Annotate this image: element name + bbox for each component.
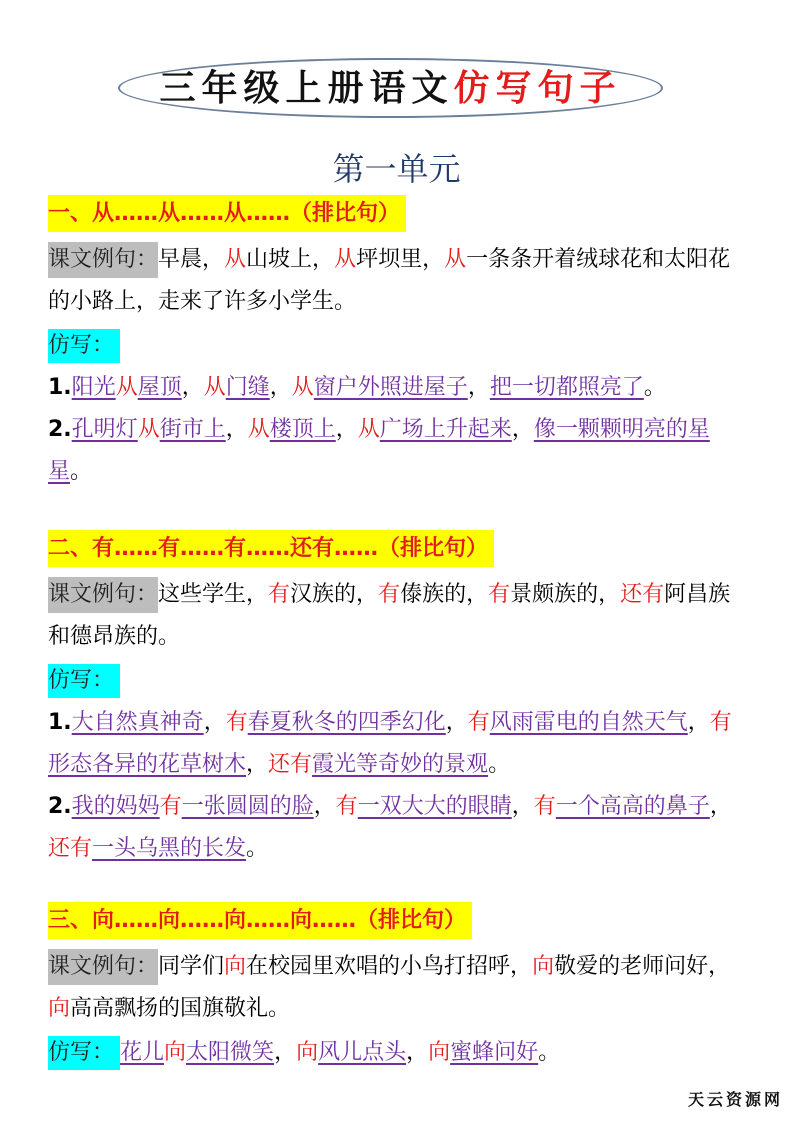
imitation-phrase: 大自然真神奇 — [72, 710, 204, 735]
watermark: 天云资源网 — [688, 1087, 783, 1110]
imitation-phrase: 一双大大的眼睛 — [358, 794, 512, 819]
imitation-phrase: 春夏秋冬的四季幻化 — [248, 710, 446, 735]
text: ， — [446, 710, 468, 735]
imitation-phrase: 一个高高的鼻子 — [556, 794, 710, 819]
imitation-phrase: 一头乌黑的长发 — [92, 836, 246, 861]
imitation-1: 仿写：花儿向太阳微笑，向风儿点头，向蜜蜂问好。 — [48, 1032, 748, 1074]
example-label: 课文例句： — [48, 242, 158, 278]
keyword: 向 — [224, 954, 246, 979]
keyword: 有 — [710, 710, 732, 735]
imitate-label: 仿写： — [48, 664, 120, 698]
keyword: 向 — [164, 1040, 186, 1065]
keyword: 有 — [336, 794, 358, 819]
example-sentence: 课文例句：这些学生，有汉族的，有傣族的，有景颇族的，还有阿昌族和德昂族的。 — [48, 574, 748, 658]
text: 。 — [246, 836, 268, 861]
imitation-phrase: 门缝 — [226, 375, 270, 400]
imitation-2: 2.我的妈妈有一张圆圆的脸，有一双大大的眼睛，有一个高高的鼻子，还有一头乌黑的长… — [48, 786, 748, 870]
text: 坪坝里， — [356, 247, 444, 272]
imitation-2: 2.孔明灯从街市上，从楼顶上，从广场上升起来，像一颗颗明亮的星星。 — [48, 409, 748, 493]
keyword: 还有 — [620, 582, 664, 607]
section-heading: 一、从……从……从……（排比句） — [48, 195, 406, 232]
imitation-phrase: 花儿 — [120, 1040, 164, 1065]
unit-title: 第一单元 — [0, 144, 793, 190]
imitate-label: 仿写： — [48, 329, 120, 363]
title-main: 三年级上册语文 — [159, 70, 453, 106]
section-3: 三、向……向……向……向……（排比句） 课文例句：同学们向在校园里欢唱的小鸟打招… — [48, 900, 748, 1074]
text: ， — [270, 375, 292, 400]
imitation-phrase: 一张圆圆的脸 — [182, 794, 314, 819]
imitation-phrase: 孔明灯 — [72, 417, 138, 442]
keyword: 有 — [488, 582, 510, 607]
imitation-phrase: 窗户外照进屋子 — [314, 375, 468, 400]
imitation-phrase: 街市上 — [160, 417, 226, 442]
text: ， — [336, 417, 358, 442]
text: ， — [274, 1040, 296, 1065]
keyword: 从 — [224, 247, 246, 272]
keyword: 从 — [358, 417, 380, 442]
imitate-row: 仿写： — [48, 660, 748, 702]
imitation-phrase: 我的妈妈 — [72, 794, 160, 819]
text: 同学们 — [158, 954, 224, 979]
keyword: 从 — [444, 247, 466, 272]
keyword: 向 — [296, 1040, 318, 1065]
example-sentence: 课文例句：早晨，从山坡上，从坪坝里，从一条条开着绒球花和太阳花的小路上，走来了许… — [48, 239, 748, 323]
imitation-phrase: 霞光等奇妙的景观 — [312, 752, 488, 777]
keyword: 有 — [534, 794, 556, 819]
text: 。 — [488, 752, 510, 777]
keyword: 从 — [292, 375, 314, 400]
text: 这些学生， — [158, 582, 268, 607]
imitation-phrase: 阳光 — [72, 375, 116, 400]
keyword: 有 — [268, 582, 290, 607]
imitation-phrase: 风儿点头 — [318, 1040, 406, 1065]
keyword: 从 — [204, 375, 226, 400]
imitation-phrase: 屋顶 — [138, 375, 182, 400]
keyword: 从 — [334, 247, 356, 272]
text: 汉族的， — [290, 582, 378, 607]
keyword: 有 — [160, 794, 182, 819]
text: 高高飘扬的国旗敬礼。 — [70, 996, 290, 1021]
text: 。 — [538, 1040, 560, 1065]
text: ， — [204, 710, 226, 735]
text: ， — [512, 794, 534, 819]
keyword: 从 — [248, 417, 270, 442]
text: ， — [406, 1040, 428, 1065]
imitation-phrase: 楼顶上 — [270, 417, 336, 442]
section-heading: 三、向……向……向……向……（排比句） — [48, 902, 472, 939]
keyword: 向 — [428, 1040, 450, 1065]
text: 在校园里欢唱的小鸟打招呼， — [246, 954, 532, 979]
example-sentence: 课文例句：同学们向在校园里欢唱的小鸟打招呼，向敬爱的老师问好，向高高飘扬的国旗敬… — [48, 946, 748, 1030]
text: 敬爱的老师问好， — [554, 954, 730, 979]
title-banner: 三年级上册语文仿写句子 — [118, 58, 663, 118]
keyword: 从 — [116, 375, 138, 400]
text: ， — [226, 417, 248, 442]
keyword: 有 — [226, 710, 248, 735]
section-heading: 二、有……有……有……还有……（排比句） — [48, 530, 494, 567]
imitation-phrase: 把一切都照亮了 — [490, 375, 644, 400]
keyword: 从 — [138, 417, 160, 442]
keyword: 向 — [532, 954, 554, 979]
text: ， — [246, 752, 268, 777]
keyword: 有 — [468, 710, 490, 735]
imitation-phrase: 蜜蜂问好 — [450, 1040, 538, 1065]
text: ， — [688, 710, 710, 735]
imitate-row: 仿写： — [48, 325, 748, 367]
section-1: 一、从……从……从……（排比句） 课文例句：早晨，从山坡上，从坪坝里，从一条条开… — [48, 193, 748, 493]
text: 山坡上， — [246, 247, 334, 272]
example-label: 课文例句： — [48, 577, 158, 613]
imitation-1: 1.阳光从屋顶，从门缝，从窗户外照进屋子，把一切都照亮了。 — [48, 367, 748, 409]
imitate-label: 仿写： — [48, 1036, 120, 1070]
example-label: 课文例句： — [48, 949, 158, 985]
text: ， — [314, 794, 336, 819]
text: 景颇族的， — [510, 582, 620, 607]
imitation-phrase: 太阳微笑 — [186, 1040, 274, 1065]
text: 早晨， — [158, 247, 224, 272]
keyword: 还有 — [268, 752, 312, 777]
keyword: 还有 — [48, 836, 92, 861]
imitation-1: 1.大自然真神奇，有春夏秋冬的四季幻化，有风雨雷电的自然天气，有形态各异的花草树… — [48, 702, 748, 786]
imitation-phrase: 形态各异的花草树木 — [48, 752, 246, 777]
text: 傣族的， — [400, 582, 488, 607]
text: ， — [182, 375, 204, 400]
text: ， — [468, 375, 490, 400]
imitation-phrase: 风雨雷电的自然天气 — [490, 710, 688, 735]
text: ， — [512, 417, 534, 442]
title-highlight: 仿写句子 — [454, 70, 622, 106]
text: ， — [710, 794, 732, 819]
text: 。 — [70, 459, 92, 484]
keyword: 有 — [378, 582, 400, 607]
imitation-phrase: 广场上升起来 — [380, 417, 512, 442]
keyword: 向 — [48, 996, 70, 1021]
section-2: 二、有……有……有……还有……（排比句） 课文例句：这些学生，有汉族的，有傣族的… — [48, 528, 748, 870]
text: 。 — [644, 375, 666, 400]
